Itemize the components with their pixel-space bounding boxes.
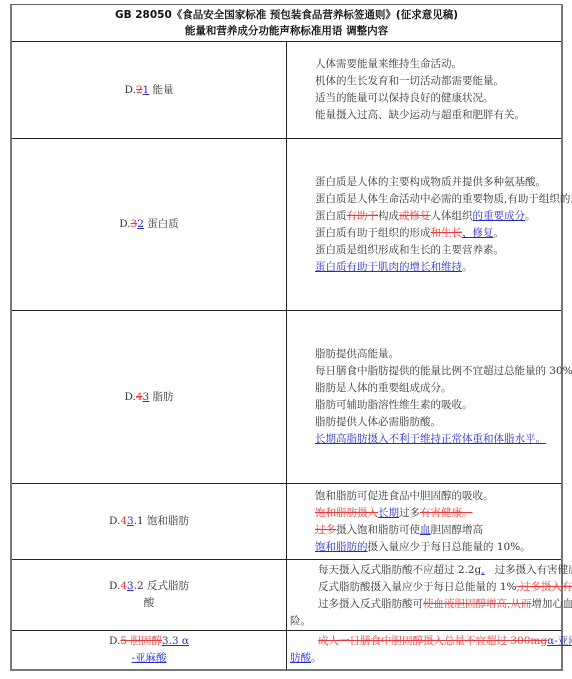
adjustment-table: GB 28050《食品安全国家标准 预包装食品营养标签通则》(征求意见稿) 能量…	[10, 4, 563, 671]
row-label-alpha-linolenic: D.5 胆固醇3.3 α -亚麻酸	[11, 631, 287, 671]
deleted-text: 或修复	[399, 210, 431, 222]
table-title: GB 28050《食品安全国家标准 预包装食品营养标签通则》(征求意见稿) 能量…	[11, 5, 562, 42]
claim-line: 过多摄入反式脂肪酸可使血液胆固醇增高,从而增加心血管疾病发生的风	[290, 596, 561, 613]
claim-line: 人体需要能量来维持生命活动。	[315, 56, 561, 73]
inserted-number: 3	[127, 515, 134, 527]
table-row-alpha-linolenic: D.5 胆固醇3.3 α -亚麻酸 成人一日膳食中胆固醇摄入总量不宜超过 300…	[11, 631, 562, 671]
claim-line: 蛋白质有助于肌肉的增长和维持。	[315, 259, 561, 276]
title-line-1: GB 28050《食品安全国家标准 预包装食品营养标签通则》(征求意见稿)	[12, 7, 561, 23]
claim-line: 机体的生长发育和一切活动都需要能量。	[315, 73, 561, 90]
row-content-saturated-fat: 饱和脂肪可促进食品中胆固醇的吸收。 饱和脂肪摄入长期过多有害健康。 过多摄入饱和…	[287, 484, 563, 560]
claim-line: 蛋白质有助于组织的形成和生长、修复。	[315, 225, 561, 242]
row-label-saturated-fat: D.43.1 饱和脂肪	[11, 484, 287, 560]
table-row-fat: D.43 脂肪 脂肪提供高能量。 每日膳食中脂肪提供的能量比例不宜超过总能量的 …	[11, 311, 562, 484]
inserted-number: 1	[143, 84, 150, 96]
claim-line: 饱和脂肪可促进食品中胆固醇的吸收。	[315, 488, 561, 505]
deleted-number: 4	[120, 580, 127, 592]
claim-line: 适当的能量可以保持良好的健康状况。	[315, 90, 561, 107]
row-content-alpha-linolenic: 成人一日膳食中胆固醇摄入总量不宜超过 300mgα-亚麻酸是人体必需脂 肪酸。	[287, 631, 563, 671]
claim-line: 成人一日膳食中胆固醇摄入总量不宜超过 300mgα-亚麻酸是人体必需脂	[290, 633, 561, 650]
inserted-text: 的重要成分	[473, 210, 526, 222]
deleted-text: 使血液胆固醇增高,从而	[423, 598, 531, 610]
claim-line: 每日膳食中脂肪提供的能量比例不宜超过总能量的 30%。	[315, 363, 561, 380]
claim-line: 每天摄入反式脂肪酸不应超过 2.2g, 过多摄入有害健康	[290, 562, 561, 579]
row-label-trans-fat: D.43.2 反式脂肪 酸	[11, 560, 287, 631]
row-content-fat: 脂肪提供高能量。 每日膳食中脂肪提供的能量比例不宜超过总能量的 30%。 脂肪是…	[287, 311, 563, 484]
table-row-trans-fat: D.43.2 反式脂肪 酸 每天摄入反式脂肪酸不应超过 2.2g, 过多摄入有害…	[11, 560, 562, 631]
claim-line: 肪酸。	[290, 650, 561, 667]
deleted-text: ,过多摄入有害健康	[517, 581, 572, 593]
inserted-text: 饱和脂肪的	[315, 541, 368, 553]
claim-line: 能量摄入过高、缺少运动与超重和肥胖有关。	[315, 107, 561, 124]
deleted-text: 饱和脂肪摄入	[315, 507, 378, 519]
inserted-number: 3	[143, 391, 150, 403]
row-label-fat: D.43 脂肪	[11, 311, 287, 484]
claim-line: 过多摄入饱和脂肪可使血胆固醇增高	[315, 522, 561, 539]
inserted-number: 3	[127, 580, 134, 592]
inserted-text: -亚麻酸	[131, 652, 166, 664]
inserted-text: 肪酸	[290, 652, 311, 664]
claim-line: 脂肪是人体的重要组成成分。	[315, 380, 561, 397]
deleted-text: 5 胆固醇	[120, 635, 162, 647]
title-row: GB 28050《食品安全国家标准 预包装食品营养标签通则》(征求意见稿) 能量…	[11, 5, 562, 42]
table-row-energy: D.21 能量 人体需要能量来维持生命活动。 机体的生长发育和一切活动都需要能量…	[11, 42, 562, 139]
claim-line: 蛋白质是人体的主要构成物质并提供多种氨基酸。	[315, 174, 561, 191]
deleted-text: 成人一日膳食中胆固醇摄入总量不宜超过 300mg	[318, 635, 547, 647]
claim-line: 脂肪可辅助脂溶性维生素的吸收。	[315, 397, 561, 414]
inserted-text: ,	[481, 564, 484, 576]
claim-line: 蛋白质有助于构成或修复人体组织的重要成分。	[315, 208, 561, 225]
row-content-energy: 人体需要能量来维持生命活动。 机体的生长发育和一切活动都需要能量。 适当的能量可…	[287, 42, 563, 139]
inserted-text: 3.3 α	[162, 635, 189, 647]
table-row-saturated-fat: D.43.1 饱和脂肪 饱和脂肪可促进食品中胆固醇的吸收。 饱和脂肪摄入长期过多…	[11, 484, 562, 560]
deleted-number: 2	[136, 84, 143, 96]
row-label-energy: D.21 能量	[11, 42, 287, 139]
claim-line: 饱和脂肪的摄入量应少于每日总能量的 10%。	[315, 539, 561, 556]
row-content-trans-fat: 每天摄入反式脂肪酸不应超过 2.2g, 过多摄入有害健康 反式脂肪酸摄入量应少于…	[287, 560, 563, 631]
claim-line: 脂肪提供高能量。	[315, 346, 561, 363]
inserted-text: 血	[420, 524, 431, 536]
deleted-number: 4	[136, 391, 143, 403]
claim-line: 反式脂肪酸摄入量应少于每日总能量的 1%,过多摄入有害健康。	[290, 579, 561, 596]
deleted-text: 有害健康。	[420, 507, 473, 519]
inserted-text: 蛋白质有助于肌肉的增长和维持	[315, 261, 462, 273]
row-label-protein: D.32 蛋白质	[11, 139, 287, 311]
claim-line: 蛋白质是组织形成和生长的主要营养素。	[315, 242, 561, 259]
deleted-text: 有助于	[347, 210, 379, 222]
deleted-text: 和生长	[431, 227, 463, 239]
inserted-text: 长期高脂肪摄入不利于维持正常体重和体脂水平。	[315, 431, 561, 448]
inserted-text: 长期	[378, 507, 399, 519]
row-content-protein: 蛋白质是人体的主要构成物质并提供多种氨基酸。 蛋白质是人体生命活动中必需的重要物…	[287, 139, 563, 311]
claim-line: 蛋白质是人体生命活动中必需的重要物质,有助于组织的形成和生长。	[315, 191, 561, 208]
table-row-protein: D.32 蛋白质 蛋白质是人体的主要构成物质并提供多种氨基酸。 蛋白质是人体生命…	[11, 139, 562, 311]
claim-line: 险。	[290, 613, 561, 630]
title-line-2: 能量和营养成分功能声称标准用语 调整内容	[12, 23, 561, 39]
claim-line: 饱和脂肪摄入长期过多有害健康。	[315, 505, 561, 522]
claim-line: 脂肪提供人体必需脂肪酸。	[315, 414, 561, 431]
inserted-number: 2	[137, 218, 144, 230]
deleted-number: 4	[120, 515, 127, 527]
inserted-text: 、修复	[462, 227, 494, 239]
inserted-text: α-亚麻酸是人体必需脂	[547, 635, 572, 647]
deleted-text: 过多	[315, 524, 336, 536]
